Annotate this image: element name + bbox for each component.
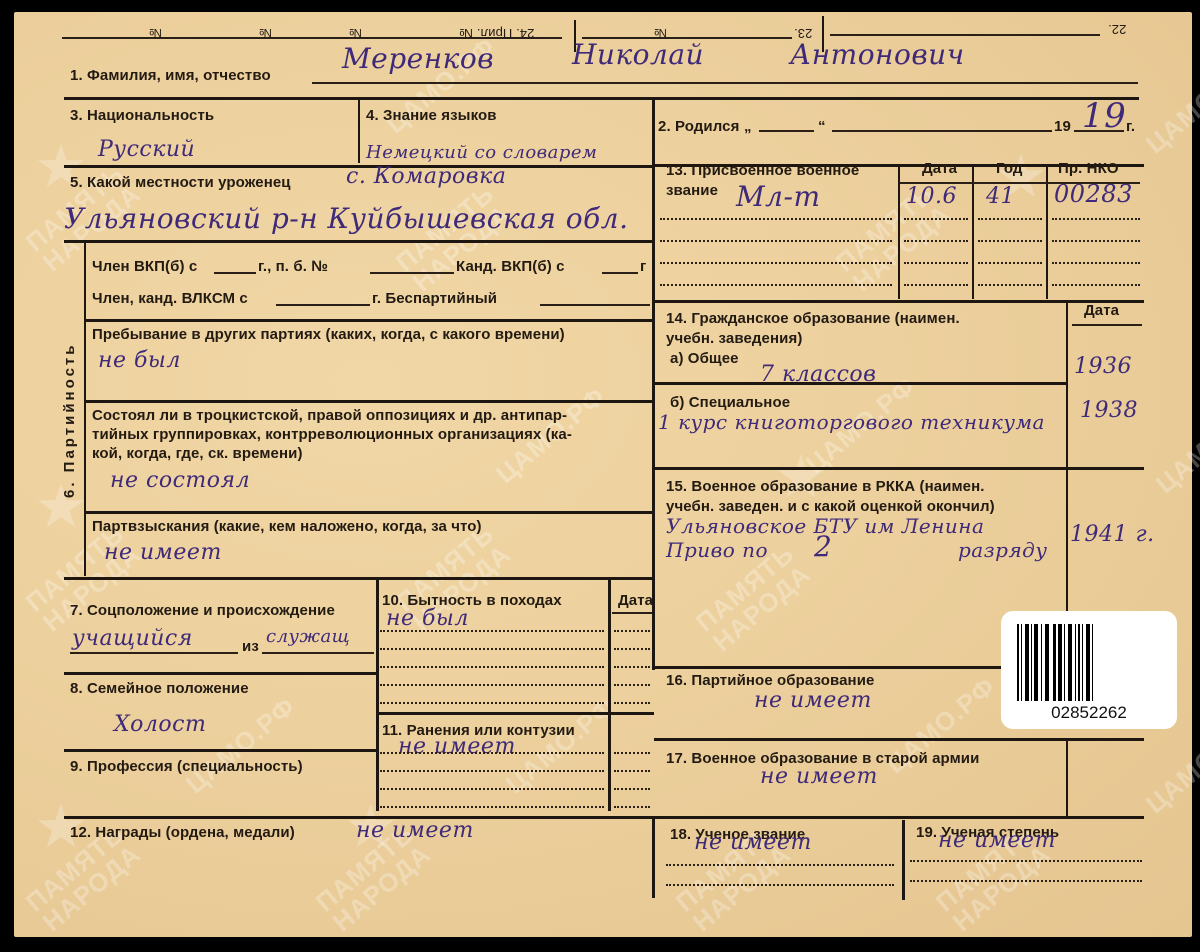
year-column-header: Год <box>996 160 1023 177</box>
general-education-label: а) Общее <box>670 350 739 367</box>
opposition-label-line2: тийных группировках, контрреволюционных … <box>92 426 572 443</box>
watermark-pamyat: ПАМЯТЬНАРОДА <box>391 180 515 296</box>
watermark-camo: ЦАМО.РФ <box>1151 392 1200 497</box>
nationality-value: Русский <box>98 137 195 162</box>
rank-date-value: 10.6 <box>906 184 957 209</box>
penalties-value: не имеет <box>104 540 222 565</box>
watermark-camo: ЦАМО.РФ <box>181 692 300 797</box>
awards-value: не имеет <box>356 818 474 843</box>
graduation-grade-word: разряду <box>958 538 1047 562</box>
year-suffix: г <box>640 258 646 275</box>
marital-status-value: Холост <box>114 712 206 737</box>
academic-degree-value: не имеет <box>938 828 1056 853</box>
penalties-label: Партвзыскания (какие, кем наложено, когд… <box>92 518 482 535</box>
opposition-value: не состоял <box>110 468 250 493</box>
campaigns-value: не был <box>386 606 469 631</box>
rank-year-value: 41 <box>986 184 1015 209</box>
field-16-label: 16. Партийное образование <box>666 672 874 689</box>
other-parties-value: не был <box>98 348 181 373</box>
patronymic-value: Антонович <box>790 38 965 71</box>
barcode-number: 02852262 <box>1001 703 1177 723</box>
quote-close: “ <box>818 118 826 135</box>
year-suffix: г. <box>1126 118 1135 135</box>
special-education-value: 1 курс книготоргового техникума <box>658 410 1045 434</box>
graduation-grade-value: 2 <box>814 530 832 563</box>
personnel-record-card: ★ ПАМЯТЬНАРОДА ЦАМО.РФ ПАМЯТЬНАРОДА ПАМЯ… <box>14 12 1192 937</box>
name-value: Николай <box>572 38 704 71</box>
origin-from-label: из <box>242 638 259 655</box>
field-14-label-line2: учебн. заведения) <box>666 330 802 347</box>
field-5-label: 5. Какой местности уроженец <box>70 174 291 191</box>
military-school-date: 1941 г. <box>1070 522 1155 547</box>
education-date-header: Дата <box>1084 302 1119 319</box>
field-8-label: 8. Семейное положение <box>70 680 249 697</box>
birth-year-value: 19 <box>1082 96 1126 136</box>
number-mark: № <box>149 26 162 40</box>
special-education-date: 1938 <box>1080 398 1138 423</box>
field-4-label: 4. Знание языков <box>366 107 497 124</box>
vkpb-candidate-label: Канд. ВКП(б) с <box>456 258 565 275</box>
field-7-label: 7. Соцположение и происхождение <box>70 602 335 619</box>
military-school-line2: Приво по <box>666 538 768 562</box>
watermark-camo: ЦАМО.РФ <box>501 692 620 797</box>
field-13-label: 13. Присвоенное военное <box>666 162 859 179</box>
academic-title-value: не имеет <box>694 830 812 855</box>
rank-value: Мл-т <box>736 180 821 213</box>
field-24-label: 24. Прил. № <box>459 26 534 41</box>
barcode-label: 02852262 <box>1001 611 1177 729</box>
languages-value: Немецкий со словарем <box>366 142 597 163</box>
number-mark: № <box>259 26 272 40</box>
old-army-education-value: не имеет <box>760 764 878 789</box>
field-6-vertical-label: 6. Партийность <box>61 343 78 499</box>
field-13-label-line2: звание <box>666 182 718 199</box>
vkpb-member-label: Член ВКП(б) с <box>92 258 197 275</box>
general-education-date: 1936 <box>1074 354 1132 379</box>
number-mark: № <box>349 26 362 40</box>
vlksm-label: Член, канд. ВЛКСМ с <box>92 290 248 307</box>
barcode-icon <box>1017 624 1163 701</box>
non-party-label: г. Беспартийный <box>372 290 497 307</box>
social-status-value: учащийся <box>72 626 193 651</box>
campaigns-date-header: Дата <box>618 592 653 609</box>
year-prefix: 19 <box>1054 118 1071 135</box>
other-parties-label: Пребывание в других партиях (каких, когд… <box>92 326 565 343</box>
quote-open: „ <box>744 118 752 135</box>
surname-value: Меренков <box>342 42 494 75</box>
party-card-label: г., п. б. № <box>258 258 328 275</box>
field-3-label: 3. Национальность <box>70 107 214 124</box>
watermark-camo: ЦАМО.РФ <box>1141 52 1200 157</box>
date-column-header: Дата <box>922 160 957 177</box>
field-15-label-line2: учебн. заведен. и с какой оценкой окончи… <box>666 498 995 515</box>
field-2-label: 2. Родился <box>658 118 739 135</box>
wounds-value: не имеет <box>398 734 516 759</box>
field-22-label: 22. <box>1108 22 1126 37</box>
party-education-value: не имеет <box>754 688 872 713</box>
opposition-label-line3: кой, когда, где, ск. времени) <box>92 445 303 462</box>
field-15-label: 15. Военное образование в РККА (наимен. <box>666 478 985 495</box>
birthplace-region-value: Ульяновский р-н Куйбышевская обл. <box>64 202 628 235</box>
social-origin-value: служащ <box>266 626 350 647</box>
special-education-label: б) Специальное <box>670 394 790 411</box>
field-14-label: 14. Гражданское образование (наимен. <box>666 310 960 327</box>
order-number-value: 00283 <box>1054 180 1133 208</box>
field-9-label: 9. Профессия (специальность) <box>70 758 303 775</box>
order-column-header: Пр. НКО <box>1058 160 1119 177</box>
birthplace-village-value: с. Комаровка <box>346 164 506 189</box>
field-1-label: 1. Фамилия, имя, отчество <box>70 67 271 84</box>
field-12-label: 12. Награды (ордена, медали) <box>70 824 295 841</box>
opposition-label: Состоял ли в троцкистской, правой оппози… <box>92 407 567 424</box>
